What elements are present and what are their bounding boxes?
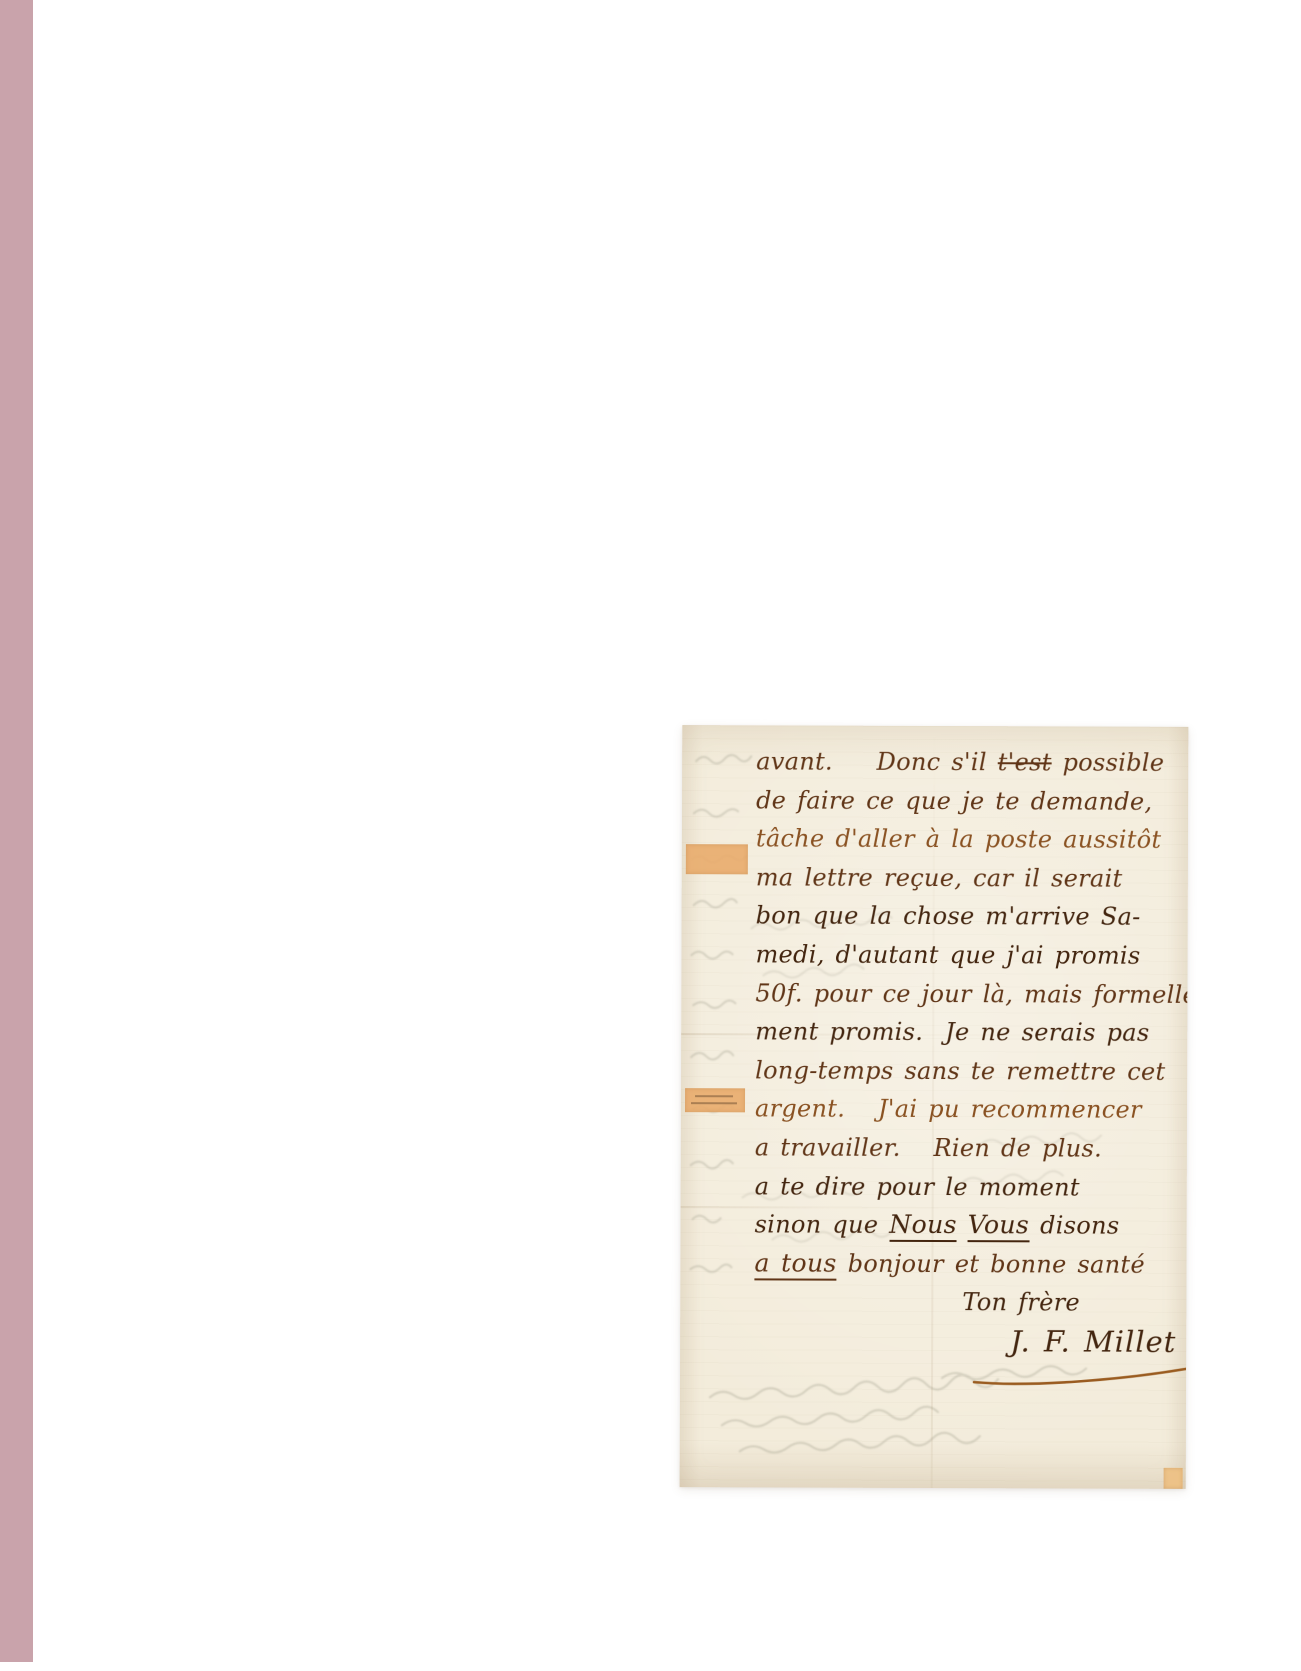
letter-word: ment promis. Je ne serais pas	[755, 1018, 1149, 1047]
signature-flourish	[972, 1366, 1188, 1387]
letter-sheet: avant. Donc s'il t'est possiblede faire …	[680, 725, 1189, 1489]
letter-word: 50f. pour ce jour là, mais formelle-	[755, 979, 1188, 1009]
letter-word: medi, d'autant que j'ai promis	[755, 940, 1140, 969]
accent-bar	[0, 0, 33, 1662]
tape-fragment-left-top	[686, 844, 748, 874]
letter-line: sinon que Nous Vous disons	[755, 1205, 1175, 1245]
letter-word-underline: Vous	[968, 1210, 1030, 1242]
letter-word: tâche d'aller à la poste aussitôt	[756, 825, 1162, 854]
letter-word: avant. Donc s'il	[756, 747, 998, 776]
tape-fragment-left-middle	[685, 1088, 745, 1112]
letter-line: medi, d'autant que j'ai promis	[755, 935, 1175, 975]
letter-word-strike: t'est	[998, 748, 1052, 776]
letter-line: ma lettre reçue, car il serait	[756, 858, 1176, 898]
tape-fragment-bottom-right	[1164, 1468, 1183, 1489]
signature-line: J. F. Millet	[1010, 1322, 1174, 1361]
letter-line: a te dire pour le moment	[755, 1167, 1175, 1207]
letter-word: ma lettre reçue, car il serait	[756, 863, 1123, 892]
letter-word: possible	[1052, 748, 1165, 776]
letter-line: argent. J'ai pu recommencer	[755, 1090, 1175, 1130]
letter-word: sinon que	[755, 1210, 890, 1238]
letter-word: de faire ce que je te demande,	[756, 786, 1152, 815]
letter-line: bon que la chose m'arrive Sa-	[756, 897, 1176, 937]
letter-line: Ton frère	[962, 1283, 1174, 1322]
letter-line: avant. Donc s'il t'est possible	[756, 742, 1176, 782]
letter-word	[957, 1211, 968, 1239]
letter-line: 50f. pour ce jour là, mais formelle-	[755, 974, 1175, 1014]
letter-text: avant. Donc s'il t'est possiblede faire …	[754, 742, 1176, 1361]
letter-word: disons	[1029, 1211, 1119, 1239]
letter-word: a travailler. Rien de plus.	[755, 1133, 1102, 1162]
letter-line: tâche d'aller à la poste aussitôt	[756, 820, 1176, 860]
letter-line: long-temps sans te remettre cet	[755, 1051, 1175, 1091]
letter-line: a tous bonjour et bonne santé	[754, 1244, 1174, 1284]
catalog-page: avant. Donc s'il t'est possiblede faire …	[0, 0, 1301, 1671]
letter-word: a te dire pour le moment	[755, 1172, 1080, 1201]
letter-line: a travailler. Rien de plus.	[755, 1128, 1175, 1168]
letter-word: Ton frère	[962, 1288, 1080, 1316]
letter-line: de faire ce que je te demande,	[756, 781, 1176, 821]
letter-word: long-temps sans te remettre cet	[755, 1056, 1165, 1085]
letter-word: bonjour et bonne santé	[837, 1249, 1145, 1278]
letter-word: bon que la chose m'arrive Sa-	[756, 902, 1141, 931]
letter-line: ment promis. Je ne serais pas	[755, 1013, 1175, 1053]
letter-word-underline: Nous	[889, 1210, 957, 1242]
letter-word: argent. J'ai pu recommencer	[755, 1095, 1142, 1124]
letter-word: J. F. Millet	[1010, 1324, 1176, 1359]
letter-word-underline: a tous	[754, 1248, 836, 1280]
